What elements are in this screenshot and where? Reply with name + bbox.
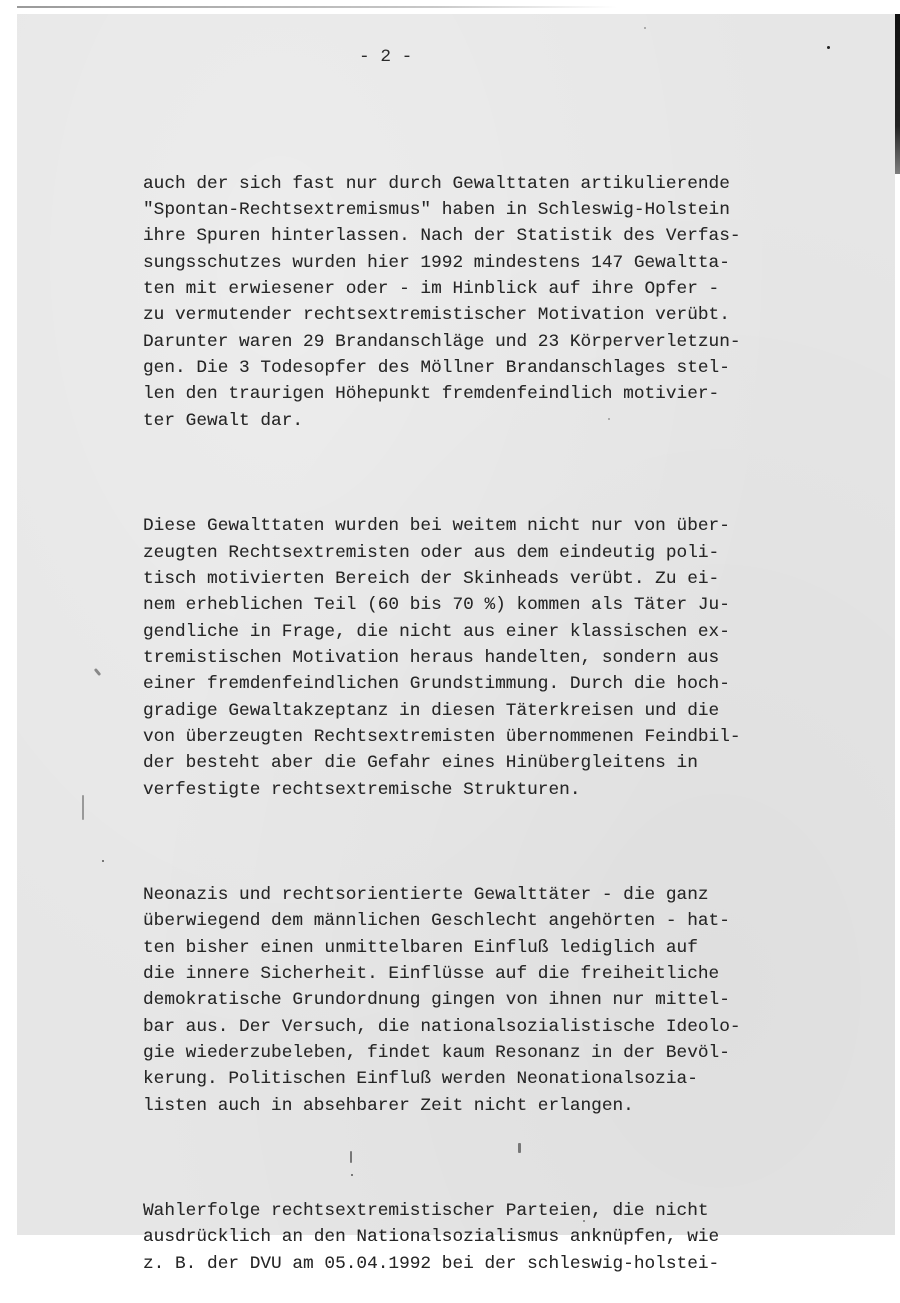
scan-speck (82, 795, 84, 820)
text-line: gen. Die 3 Todesopfer des Möllner Branda… (143, 355, 741, 381)
text-line: einer fremdenfeindlichen Grundstimmung. … (143, 671, 741, 697)
text-line: len den traurigen Höhepunkt fremdenfeind… (143, 381, 741, 407)
text-line: zu vermutender rechtsextremistischer Mot… (143, 302, 741, 328)
text-line: demokratische Grundordnung gingen von ih… (143, 987, 741, 1013)
text-line: Wahlerfolge rechtsextremistischer Partei… (143, 1198, 741, 1224)
text-line: bar aus. Der Versuch, die nationalsozial… (143, 1014, 741, 1040)
text-line: Darunter waren 29 Brandanschläge und 23 … (143, 329, 741, 355)
text-line: sungsschutzes wurden hier 1992 mindesten… (143, 250, 741, 276)
text-line: Diese Gewalttaten wurden bei weitem nich… (143, 513, 741, 539)
text-line: nem erheblichen Teil (60 bis 70 %) komme… (143, 592, 741, 618)
text-line: listen auch in absehbarer Zeit nicht erl… (143, 1093, 741, 1119)
text-line: ten bisher einen unmittelbaren Einfluß l… (143, 935, 741, 961)
paragraph: Diese Gewalttaten wurden bei weitem nich… (143, 513, 741, 803)
text-line: auch der sich fast nur durch Gewalttaten… (143, 171, 741, 197)
text-line: die innere Sicherheit. Einflüsse auf die… (143, 961, 741, 987)
paragraph: Wahlerfolge rechtsextremistischer Partei… (143, 1198, 741, 1242)
page-number: - 2 - (359, 47, 412, 67)
text-line: kerung. Politischen Einfluß werden Neona… (143, 1066, 741, 1092)
text-line: gradige Gewaltakzeptanz in diesen Täterk… (143, 698, 741, 724)
document-body: auch der sich fast nur durch Gewalttaten… (143, 118, 741, 1242)
scan-speck (644, 27, 646, 29)
scan-right-shadow-edge (895, 14, 900, 174)
text-line: ter Gewalt dar. (143, 408, 741, 434)
text-line: gie wiederzubeleben, findet kaum Resonan… (143, 1040, 741, 1066)
text-line: ten mit erwiesener oder - im Hinblick au… (143, 276, 741, 302)
text-line: tisch motivierten Bereich der Skinheads … (143, 566, 741, 592)
text-line: "Spontan-Rechtsextremismus" haben in Sch… (143, 197, 741, 223)
text-line: verfestigte rechtsextremische Strukturen… (143, 777, 741, 803)
text-line: Neonazis und rechtsorientierte Gewalttät… (143, 882, 741, 908)
text-line: der besteht aber die Gefahr eines Hinübe… (143, 750, 741, 776)
text-line: ihre Spuren hinterlassen. Nach der Stati… (143, 223, 741, 249)
scan-speck (827, 46, 830, 49)
text-line: von überzeugten Rechtsextremisten überno… (143, 724, 741, 750)
text-line: zeugten Rechtsextremisten oder aus dem e… (143, 540, 741, 566)
paragraph: Neonazis und rechtsorientierte Gewalttät… (143, 882, 741, 1119)
text-line: gendliche in Frage, die nicht aus einer … (143, 619, 741, 645)
text-line: überwiegend dem männlichen Geschlecht an… (143, 908, 741, 934)
scan-top-edge-line (17, 6, 617, 8)
text-line: ausdrücklich an den Nationalsozialismus … (143, 1224, 741, 1242)
scan-speck (102, 860, 104, 862)
text-line: tremistischen Motivation heraus handelte… (143, 645, 741, 671)
paragraph: auch der sich fast nur durch Gewalttaten… (143, 171, 741, 434)
